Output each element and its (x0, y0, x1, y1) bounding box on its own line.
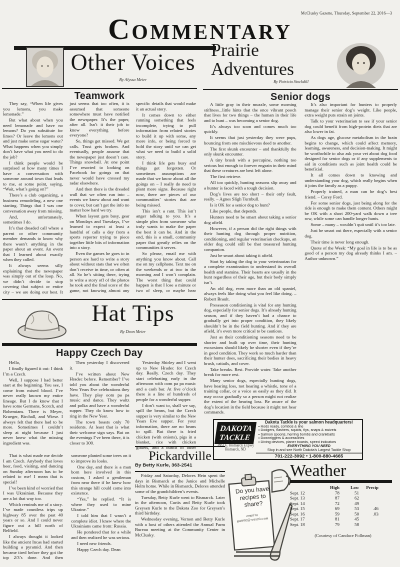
article-paragraph: Well, I suppose I had better start at th… (3, 378, 63, 446)
article-paragraph: Quote of the Week: “My goal in life is t… (305, 246, 397, 262)
article-paragraph: Talk to your veterinarian to see if your… (305, 120, 397, 136)
happy-czech-day-headline: Happy Czech Day (2, 348, 197, 359)
article-paragraph: Just as their conditioning seasons need … (204, 336, 296, 368)
article-paragraph: I finally figured it out: I think I’m a … (3, 367, 63, 378)
article-paragraph: However, if a person did the right thing… (204, 227, 296, 253)
article-paragraph: Hello, (3, 361, 63, 366)
recipes-email: email to gazette@ westriv.com (233, 512, 273, 535)
article-paragraph: Wednesday evening, Vernon and Betty Kurl… (135, 518, 225, 539)
dakota-tackle-ad: DAKOTA TACKLE 3861 E. Bismarck Expwy Bis… (213, 419, 363, 460)
recipes-prompt: Do you have recipes to share? (235, 487, 271, 511)
other-voices-author-photo (26, 47, 64, 87)
hat-image (16, 302, 68, 342)
divider (2, 88, 197, 89)
article-paragraph: Is it OK for a senior dog to hunt? (204, 204, 296, 209)
article-paragraph: An old dog, even more than an old spanie… (204, 287, 296, 303)
newspaper-page: McClusky Gazette, Thursday, September 22… (0, 0, 400, 567)
article-paragraph: I need new friends. (71, 542, 131, 547)
weather-row: Sept. 18 79 58 (290, 523, 396, 528)
article-paragraph: “Yes,” he replied. “It is where they use… (71, 498, 131, 514)
prairie-adventures-byline: By Patricia Stockdill (236, 80, 346, 89)
article-paragraph: There’s a club organizing, a business re… (3, 194, 63, 215)
article-paragraph: I’ve written about New Hradec before. Re… (70, 372, 130, 419)
weather-courtesy: (Courtesy of Candace Follman) (290, 534, 396, 546)
article-paragraph: It seems that just yesterday they were p… (204, 136, 296, 147)
divider (135, 471, 225, 472)
article-paragraph: The town boasts only 70 residents. At le… (70, 420, 130, 446)
article-paragraph: Properly trained, a man can be dog’s bes… (305, 190, 397, 201)
pickardville-byline: By Betty Kurle, 363-2541 (135, 463, 225, 471)
article-paragraph: He pondered that for a while and then re… (71, 531, 131, 542)
article-paragraph: The first skunk encounter – and thankful… (204, 147, 296, 158)
prairie-adventures-title: Prairie Adventures (211, 41, 339, 79)
article-paragraph: It’s also important for hunters to prope… (305, 103, 397, 119)
article-paragraph: It all comes down to knowing and underst… (305, 174, 397, 190)
article-paragraph: Dog’s lives are too short – their only f… (204, 192, 296, 203)
article-paragraph: Hunters need to be smart about taking a … (204, 216, 296, 227)
article-paragraph: I’ve been kind of worried that I was Ukr… (3, 486, 63, 502)
article-paragraph: For some senior dogs, just being along f… (305, 201, 397, 222)
article-paragraph: Preseason conditioning is vital for any … (204, 303, 296, 335)
article-paragraph: Friday and Saturday, Delores Hein spent … (135, 474, 225, 495)
article-paragraph: They say, “When life gives you lemons, y… (3, 102, 63, 118)
article-paragraph: A tiny brush with a porcupine, nothing t… (204, 159, 296, 175)
article-paragraph: It comes down to either running somethin… (136, 113, 196, 160)
divider (203, 89, 398, 90)
divider (2, 299, 197, 300)
article-paragraph: When layout gets busy, gear on Mondays a… (70, 215, 130, 252)
senior-dogs-article-body: A little gray in their muzzle, some morn… (204, 103, 397, 417)
article-paragraph: I think life gets busy and things get fo… (136, 161, 196, 208)
article-paragraph: I told him that I wasn’t a complete idio… (71, 514, 131, 530)
portrait-woman-icon (27, 48, 63, 86)
article-paragraph: Like people, that depends. (204, 210, 296, 215)
article-paragraph: Many senior dogs, especially hunting dog… (204, 379, 296, 416)
article-paragraph: All too quickly, hunting seasons slip aw… (204, 181, 296, 192)
hat-tips-title: Hat Tips (68, 301, 198, 327)
recipes-promo: Do you have recipes to share? email to g… (226, 464, 296, 562)
weather-title: Weather (290, 461, 394, 481)
ad-phone: 701-222-3092 • 1-800-880-4665 (256, 453, 362, 459)
other-voices-byline: By Alyssa Meier (68, 78, 198, 87)
article-paragraph: One day, and there is a man born here in… (71, 465, 131, 497)
article-paragraph: Take breaks. Rest. Provide water. Take a… (204, 368, 296, 379)
article-paragraph: Some – many – wouldn’t quit until it’s t… (305, 223, 397, 228)
article-paragraph: Their time is never long enough. (305, 240, 397, 245)
pickardville-title: Pickardville (134, 448, 226, 464)
weather-table: High Low Precip Sept. 12 78 51 Sept. 13 … (290, 486, 396, 534)
article-paragraph: Tuesday, Betty Kurle went to Bismarck. L… (135, 496, 225, 517)
article-paragraph: The first retrieve. (204, 175, 296, 180)
article-paragraph: So, things get missed. We get calls. Tru… (70, 140, 130, 187)
hat-icon (16, 302, 68, 342)
other-voices-title: Other Voices (68, 50, 198, 76)
article-paragraph: And, unfortunately, sometimes I do. (3, 215, 63, 226)
teamwork-headline: Teamwork (2, 91, 197, 102)
hat-tips-byline: By Dean Meier (68, 330, 198, 339)
article-paragraph: I think people would be surprised at how… (3, 161, 63, 193)
pickardville-body: Friday and Saturday, Delores Hein spent … (135, 474, 225, 564)
article-paragraph: This isn’t a rant. This isn’t anger talk… (136, 209, 196, 251)
article-paragraph: Start by taking the dog to your veterina… (204, 260, 296, 286)
senior-dogs-headline: Senior dogs (203, 92, 398, 103)
divider (135, 446, 225, 447)
article-paragraph: Just be smart out there, especially with… (305, 229, 397, 240)
article-paragraph: Which reminds me of a story. I’ve made c… (3, 503, 63, 535)
czech-article-body: Hello,I finally figured it out: I think … (3, 361, 196, 452)
divider (2, 343, 197, 346)
article-paragraph: And then there is the dreaded wall that … (70, 188, 130, 214)
article-paragraph: It’s always too soon and comes much too … (204, 125, 296, 136)
teamwork-article-body: They say, “When life gives you lemons, y… (3, 102, 196, 298)
article-paragraph: A little gray in their muzzle, some morn… (204, 103, 296, 124)
weather-title-rule (290, 480, 392, 483)
ad-tagline: Stop in and see North Dakota’s Largest T… (256, 448, 362, 452)
article-paragraph: Then yesterday I discovered it. (70, 361, 130, 372)
article-paragraph: As dogs age, glucose metabolism in the b… (305, 136, 397, 173)
article-paragraph: It’s that dreaded call where a parent or… (3, 227, 63, 264)
article-paragraph: That is what made me decide I am Czech. … (3, 454, 63, 486)
czech-article-continued: That is what made me decide I am Czech. … (3, 454, 131, 561)
article-paragraph: Just be smart about taking it afield. (204, 254, 296, 259)
article-paragraph: But what about when you need lemonade an… (3, 119, 63, 161)
article-paragraph: Happy Czech day. Dean (71, 548, 131, 553)
article-paragraph: Yesterday Shirley and I went up to New H… (136, 361, 196, 403)
